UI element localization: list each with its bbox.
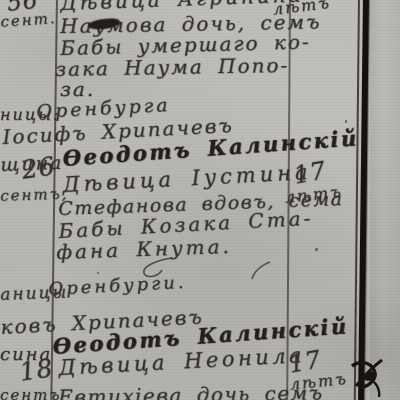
entry3-line2: Евтихіева дочь семъ [58, 382, 324, 400]
page-edge-rule-thick [358, 0, 369, 400]
pen-flourish [248, 260, 274, 282]
entry1-line5: за. [60, 79, 95, 99]
right-margin-shading [370, 0, 400, 400]
ink-speck [268, 62, 270, 64]
ink-cross-blot [344, 352, 386, 398]
ink-speck [315, 248, 318, 251]
separator2-place: Оренбурги. [48, 274, 187, 299]
register-scan-page: 56 сент. Дѣвица Агрипина лѣтъ Наумова до… [0, 0, 400, 400]
entry2-day-number: 26 [20, 153, 57, 182]
ink-speck [200, 340, 202, 342]
entry1-month: сент. [0, 11, 57, 30]
entry3-month: сентъ [0, 388, 61, 400]
entry1-line4: зака Наума Попо- [55, 55, 289, 79]
ink-speck [97, 272, 99, 274]
entry3-day-number: 18 [18, 355, 55, 384]
ink-speck [345, 120, 347, 123]
